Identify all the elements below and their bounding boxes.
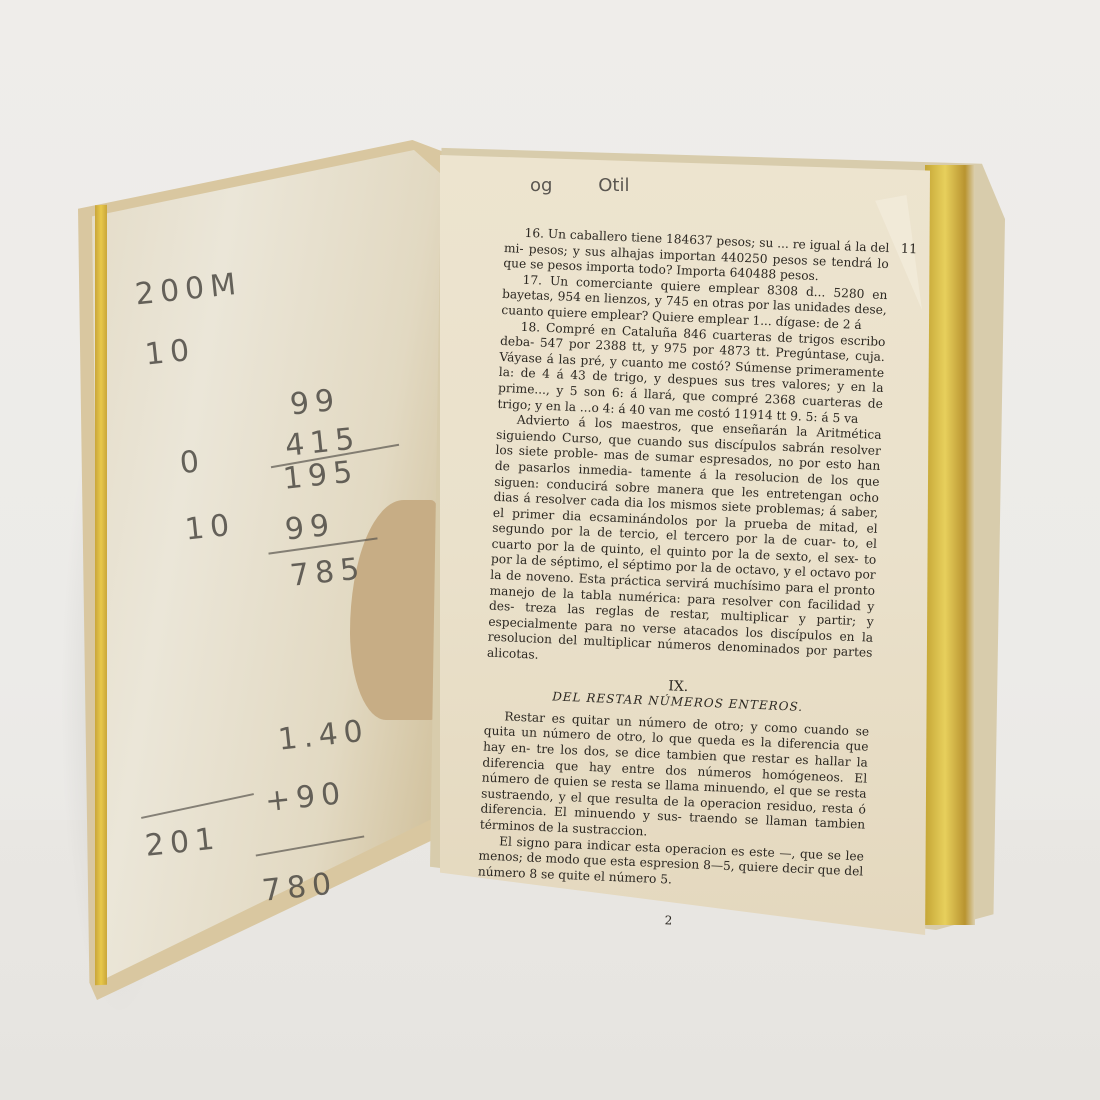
section-paragraph: Restar es quitar un número de otro; y co… <box>480 708 870 849</box>
problem-18: 18. Compré en Cataluña 846 cuarteras de … <box>497 318 886 428</box>
top-pencil-scribble: og Otil <box>530 175 629 196</box>
pencil-number: 99 <box>288 382 342 422</box>
pencil-number: 10 <box>183 507 237 547</box>
pencil-number: 10 <box>143 332 197 372</box>
left-page-edge <box>95 205 107 985</box>
pencil-number: 99 <box>283 507 337 547</box>
printed-text-block: 11 16. Un caballero tiene 184637 pesos; … <box>476 225 890 937</box>
teacher-note: Advierto á los maestros, que enseñarán l… <box>487 412 882 677</box>
page-number: 11 <box>900 242 917 258</box>
yellow-page-edges <box>925 165 975 925</box>
pencil-number: 0 <box>178 444 207 481</box>
